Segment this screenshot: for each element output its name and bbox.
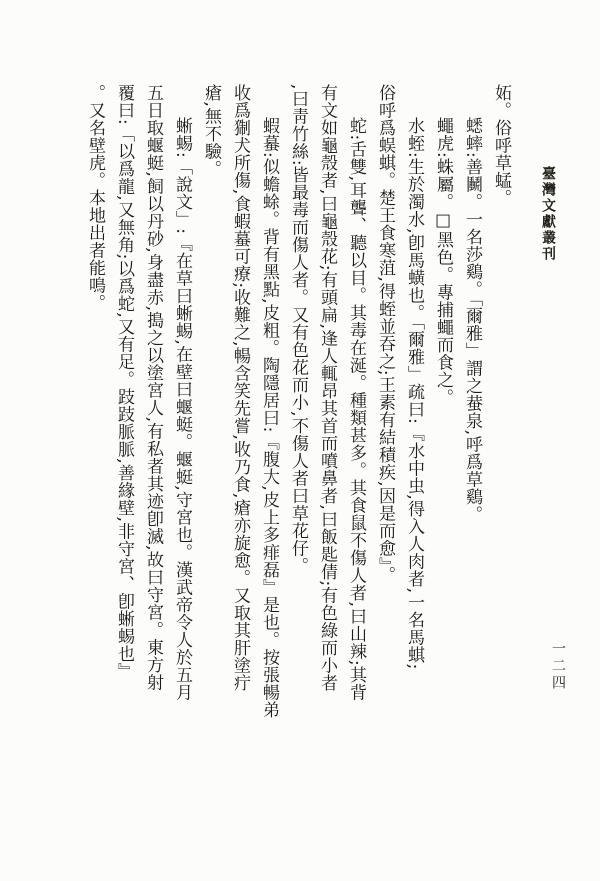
text-columns: 妬。俗呼草蜢。蟋蟀:善鬭。一名莎鷄。「爾雅」謂之蛬泉,呼爲草鷄。蠅虎:蛛屬。□黑… <box>80 84 515 846</box>
text-column-4: 水蛭:生於濁水,卽馬蟥也。「爾雅」疏曰:『水中虫,得入人肉者,一名馬蜞; <box>399 84 428 846</box>
series-title: 臺灣文獻叢刊 <box>538 166 558 262</box>
text-column-1: 妬。俗呼草蜢。 <box>486 84 515 846</box>
text-column-6: 蛇:舌雙,耳聾、聽以目。其毒在涎。種類甚多。其食鼠不傷人者,曰山辣;其背 <box>341 84 370 846</box>
text-column-11: 瘡,無不驗。 <box>196 84 225 846</box>
text-column-7: 有文如龜殼者,曰龜殼花;有頭扁,逢人輒昂其首而噴鼻者,曰飯匙倩;有色綠而小者 <box>312 84 341 846</box>
text-column-13: 五日取蝘蜓,飼以丹砂,身盡赤,搗之以塗宮人,有私者其迹卽滅,故曰守宮。東方射 <box>138 84 167 846</box>
text-column-10: 收爲猘犬所傷,食蝦蟇可療;收難之,暢含笑先嘗,收乃食,瘡亦旋愈。又取其肝塗疔 <box>225 84 254 846</box>
text-column-15: 。又名壁虎。本地出者能鳴。 <box>80 84 109 846</box>
page-number: 一二四 <box>548 641 568 692</box>
text-column-9: 蝦蟇:似蟾蜍。背有黑點,皮粗。陶隱居曰:『腹大,皮上多痱磊』是也。按張暢弟 <box>254 84 283 846</box>
text-column-8: ,曰靑竹絲:皆最毒而傷人者。又有色花而小,不傷人者曰草花仔。 <box>283 84 312 846</box>
text-column-2: 蟋蟀:善鬭。一名莎鷄。「爾雅」謂之蛬泉,呼爲草鷄。 <box>457 84 486 846</box>
book-page: 臺灣文獻叢刊 一二四 妬。俗呼草蜢。蟋蟀:善鬭。一名莎鷄。「爾雅」謂之蛬泉,呼爲… <box>0 0 600 881</box>
text-column-5: 俗呼爲蜈蜞。楚王食寒菹,得蛭並吞之;王素有結積疾,因是而愈』。 <box>370 84 399 846</box>
text-column-3: 蠅虎:蛛屬。□黑色。專捕蠅而食之。 <box>428 84 457 846</box>
text-column-12: 蜥蜴:「說文」:『在草曰蜥蜴,在壁曰蝘蜓。蝘蜓,守宮也。漢武帝令人於五月 <box>167 84 196 846</box>
text-column-14: 覆曰:「以爲龍,又無角;以爲蛇,又有足。跂跂脈脈,善緣壁,非守宮、卽蜥蜴也』 <box>109 84 138 846</box>
